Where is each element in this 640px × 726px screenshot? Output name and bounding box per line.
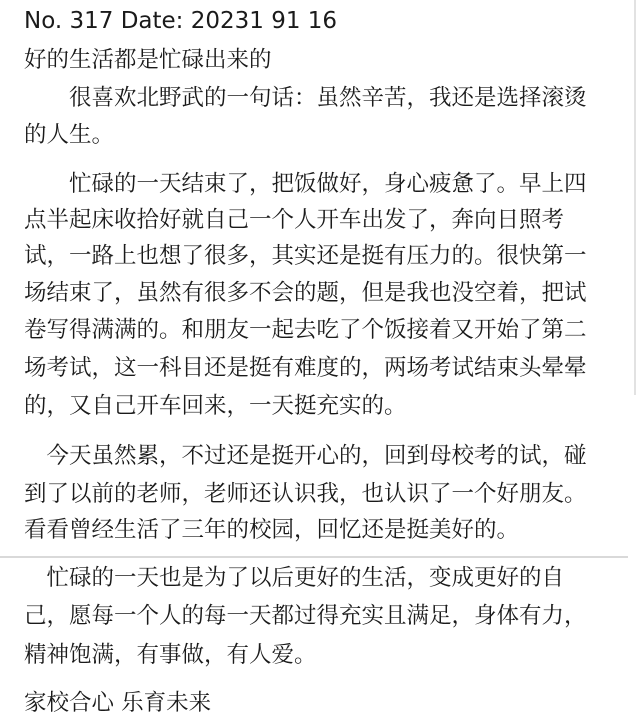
paragraph-line: 忙碌的一天也是为了以后更好的生活，变成更好的自 bbox=[24, 563, 564, 593]
paragraph-line: 的，又自己开车回来，一天挺充实的。 bbox=[24, 391, 407, 421]
right-edge-rule bbox=[634, 0, 636, 395]
paragraph-line: 试，一路上也想了很多，其实还是挺有压力的。很快第一 bbox=[24, 241, 587, 271]
section-divider bbox=[0, 556, 628, 558]
paragraph-line: 今天虽然累，不过还是挺开心的，回到母校考的试，碰 bbox=[24, 441, 587, 471]
paragraph-line: 场结束了，虽然有很多不会的题，但是我也没空着，把试 bbox=[24, 278, 587, 308]
article-title: 好的生活都是忙碌出来的 bbox=[24, 45, 272, 75]
paragraph-line: 精神饱满，有事做，有人爱。 bbox=[24, 640, 317, 670]
paragraph-line: 点半起床收拾好就自己一个人开车出发了，奔向日照考 bbox=[24, 205, 564, 235]
paragraph-line: 的人生。 bbox=[24, 120, 114, 150]
paragraph-line: 看看曾经生活了三年的校园，回忆还是挺美好的。 bbox=[24, 515, 519, 545]
paragraph-line: 到了以前的老师，老师还认识我，也认识了一个好朋友。 bbox=[24, 479, 587, 509]
footer-slogan: 家校合心 乐育未来 bbox=[24, 688, 211, 718]
paragraph-line: 己，愿每一个人的每一天都过得充实且满足，身体有力， bbox=[24, 601, 587, 631]
paragraph-line: 卷写得满满的。和朋友一起去吃了个饭接着又开始了第二 bbox=[24, 315, 587, 345]
paragraph-line: 很喜欢北野武的一句话：虽然辛苦，我还是选择滚烫 bbox=[24, 83, 587, 113]
issue-line: No. 317 Date: 20231 91 16 bbox=[24, 6, 337, 36]
paragraph-line: 场考试，这一科目还是挺有难度的，两场考试结束头晕晕 bbox=[24, 353, 587, 383]
paragraph-line: 忙碌的一天结束了，把饭做好，身心疲惫了。早上四 bbox=[24, 169, 587, 199]
